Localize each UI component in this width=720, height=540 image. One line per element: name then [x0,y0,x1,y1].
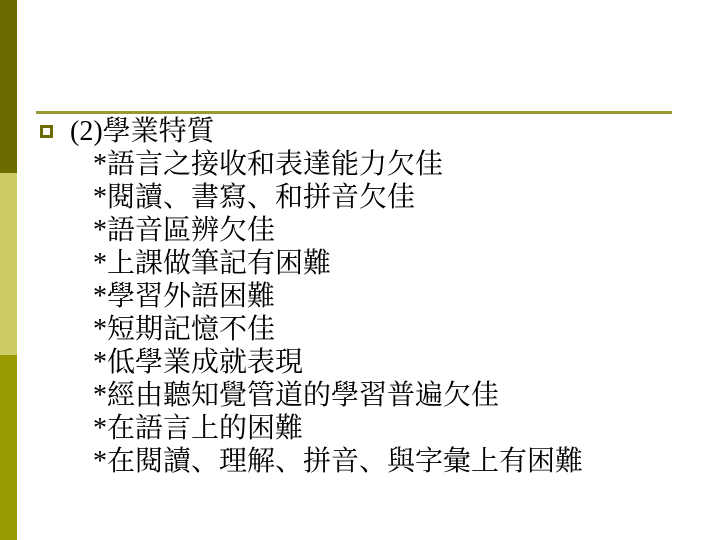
square-bullet-icon [40,125,53,138]
divider-line [36,111,672,114]
accent-bar-segment-bottom [0,355,17,540]
list-item: *學習外語困難 [93,280,583,313]
list-item: *語言之接收和表達能力欠佳 [93,148,583,181]
list-item: *經由聽知覺管道的學習普遍欠佳 [93,379,583,412]
list-item: *上課做筆記有困難 [93,247,583,280]
bullet-list: *語言之接收和表達能力欠佳 *閱讀、書寫、和拼音欠佳 *語音區辨欠佳 *上課做筆… [70,148,583,478]
list-item: *在語言上的困難 [93,412,583,445]
list-item: *短期記憶不佳 [93,313,583,346]
accent-bar-segment-middle [0,173,17,355]
accent-bar-segment-top [0,0,17,173]
left-accent-bar [0,0,17,540]
list-item: *在閱讀、理解、拼音、與字彙上有困難 [93,445,583,478]
list-item: *低學業成就表現 [93,346,583,379]
list-item: *語音區辨欠佳 [93,214,583,247]
slide-text-block: (2)學業特質 *語言之接收和表達能力欠佳 *閱讀、書寫、和拼音欠佳 *語音區辨… [70,115,583,478]
list-item: *閱讀、書寫、和拼音欠佳 [93,181,583,214]
presentation-slide: (2)學業特質 *語言之接收和表達能力欠佳 *閱讀、書寫、和拼音欠佳 *語音區辨… [0,0,720,540]
slide-title: (2)學業特質 [70,115,583,148]
